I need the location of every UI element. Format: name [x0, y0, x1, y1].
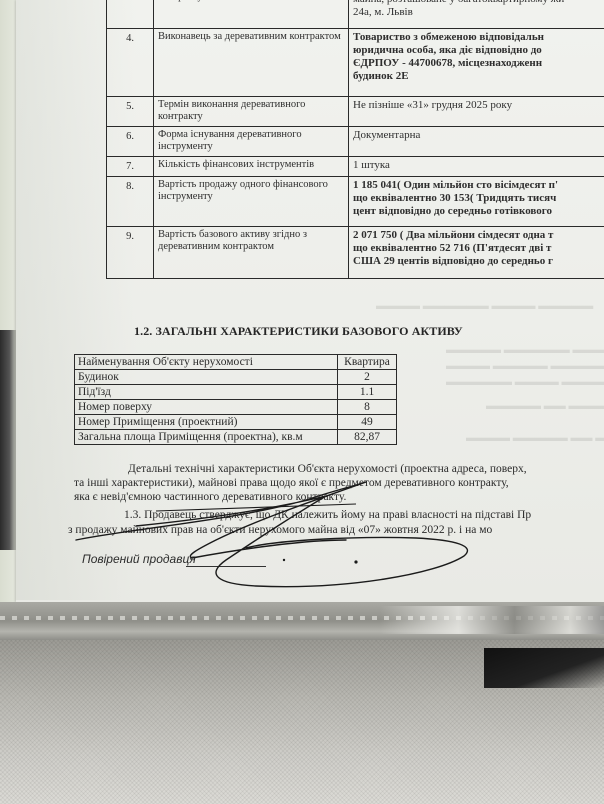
signer-label: Повірений продавця — [82, 552, 196, 566]
details-paragraph-line-2: та інші характеристики), майнові права щ… — [74, 476, 604, 490]
row-number: 5. — [107, 97, 154, 127]
table-row: 4.Виконавець за деревативним контрактомТ… — [107, 29, 604, 97]
row-value: Товариство з обмеженою відповідальнюриди… — [349, 29, 604, 97]
bleed-through-text: ▬▬▬▬ ▬▬▬▬▬ ▬▬▬▬▬ — [446, 360, 604, 372]
table-row: 7.Кількість фінансових інструментів1 шту… — [107, 157, 604, 177]
asset-property-name: Номер поверху — [75, 400, 338, 415]
table-row: 6.Форма існування деревативного інструме… — [107, 127, 604, 157]
asset-property-value: 8 — [338, 400, 397, 415]
value-line: цент відповідно до середньо готівкового — [353, 205, 604, 218]
value-line: США 29 центів відповідно до середньо г — [353, 255, 604, 268]
asset-property-name: Будинок — [75, 370, 338, 385]
value-line: юридична особа, яка діє відповідно до — [353, 44, 604, 57]
document-page: ▬▬▬▬ ▬▬▬▬▬▬ ▬▬▬▬ ▬▬▬▬▬ ▬▬▬▬▬ ▬▬▬▬▬▬ ▬▬▬ … — [16, 0, 604, 602]
row-value: Документарна — [349, 127, 604, 157]
table-row: 8.Вартість продажу одного фінансового ін… — [107, 177, 604, 227]
asset-property-value: 82,87 — [338, 430, 397, 445]
value-line: 2 071 750 ( Два мільйони сімдесят одна т — [353, 229, 604, 242]
row-label: Вартість продажу одного фінансового інст… — [154, 177, 349, 227]
asset-property-value: Квартира — [338, 355, 397, 370]
row-value: Не пізніше «31» грудня 2025 року — [349, 97, 604, 127]
value-line: будинок 2Е — [353, 70, 604, 83]
asset-property-value: 2 — [338, 370, 397, 385]
bleed-through-text: ▬▬▬▬▬ ▬▬▬▬▬▬ ▬▬▬ — [446, 344, 604, 356]
asset-property-name: Загальна площа Приміщення (проектна), кв… — [75, 430, 338, 445]
section-1-3-line-1: 1.3. Продавець стверджує, що ДК належить… — [124, 508, 604, 522]
bleed-through-text: ▬▬▬▬▬▬ ▬▬▬▬ ▬▬▬▬ — [446, 376, 604, 388]
asset-property-value: 1.1 — [338, 385, 397, 400]
row-number: 6. — [107, 127, 154, 157]
asset-property-name: Номер Приміщення (проектний) — [75, 415, 338, 430]
table-row: Номер поверху8 — [75, 400, 397, 415]
background-object — [0, 330, 16, 550]
bleed-through-text: ▬▬▬▬▬ ▬▬ ▬▬▬▬▬ — [486, 400, 604, 412]
bleed-through-text: ▬▬▬▬ ▬▬▬▬▬▬ ▬▬▬▬ ▬▬▬▬▬ — [376, 300, 593, 312]
table-row: Будинок2 — [75, 370, 397, 385]
row-label: Форма існування деревативного інструмент… — [154, 127, 349, 157]
row-label: Кількість фінансових інструментів — [154, 157, 349, 177]
row-label: Термін виконання деревативного контракту — [154, 97, 349, 127]
asset-property-name: Під'їзд — [75, 385, 338, 400]
contract-terms-table: контрактумайна, розташоване у багатоквар… — [106, 0, 604, 279]
row-value: майна, розташоване у багатоквартирному ж… — [349, 0, 604, 29]
value-line: 1 штука — [353, 159, 604, 172]
value-line: Не пізніше «31» грудня 2025 року — [353, 99, 604, 112]
section-1-3-line-2: з продажу майнових прав на об'єкти нерух… — [68, 523, 604, 537]
table-row: Номер Приміщення (проектний)49 — [75, 415, 397, 430]
value-line: що еквівалентно 30 153( Тридцять тисяч — [353, 192, 604, 205]
row-number: 9. — [107, 227, 154, 279]
row-number: 4. — [107, 29, 154, 97]
table-row: Загальна площа Приміщення (проектна), кв… — [75, 430, 397, 445]
bleed-through-text: ▬▬▬▬ ▬▬▬▬▬ ▬▬ ▬▬▬▬ — [466, 432, 604, 444]
section-heading: 1.2. ЗАГАЛЬНІ ХАРАКТЕРИСТИКИ БАЗОВОГО АК… — [134, 324, 463, 339]
row-value: 2 071 750 ( Два мільйони сімдесят одна т… — [349, 227, 604, 279]
row-value: 1 185 041( Один мільйон сто вісімдесят п… — [349, 177, 604, 227]
signature-line — [186, 566, 266, 567]
table-row: 5.Термін виконання деревативного контрак… — [107, 97, 604, 127]
asset-property-value: 49 — [338, 415, 397, 430]
table-row: 9.Вартість базового активу згідно з дере… — [107, 227, 604, 279]
table-row: Найменування Об'єкту нерухомостіКвартира — [75, 355, 397, 370]
value-line: Документарна — [353, 129, 604, 142]
table-row: Під'їзд1.1 — [75, 385, 397, 400]
value-line: 24а, м. Львів — [353, 6, 604, 19]
value-line: Товариство з обмеженою відповідальн — [353, 31, 604, 44]
row-value: 1 штука — [349, 157, 604, 177]
row-label: Виконавець за деревативним контрактом — [154, 29, 349, 97]
asset-characteristics-table: Найменування Об'єкту нерухомостіКвартира… — [74, 354, 397, 445]
row-label: Вартість базового активу згідно з дерева… — [154, 227, 349, 279]
details-paragraph-line-1: Детальні технічні характеристики Об'єкта… — [128, 462, 604, 476]
value-line: ЄДРПОУ - 44700678, місцезнаходженн — [353, 57, 604, 70]
row-label: контракту — [154, 0, 349, 29]
row-number — [107, 0, 154, 29]
asset-property-name: Найменування Об'єкту нерухомості — [75, 355, 338, 370]
value-line: 1 185 041( Один мільйон сто вісімдесят п… — [353, 179, 604, 192]
value-line: що еквівалентно 52 716 (П'ятдесят дві т — [353, 242, 604, 255]
table-row: контрактумайна, розташоване у багатоквар… — [107, 0, 604, 29]
row-number: 7. — [107, 157, 154, 177]
row-number: 8. — [107, 177, 154, 227]
details-paragraph-line-3: яка є невід'ємною частинного деревативно… — [74, 490, 604, 504]
